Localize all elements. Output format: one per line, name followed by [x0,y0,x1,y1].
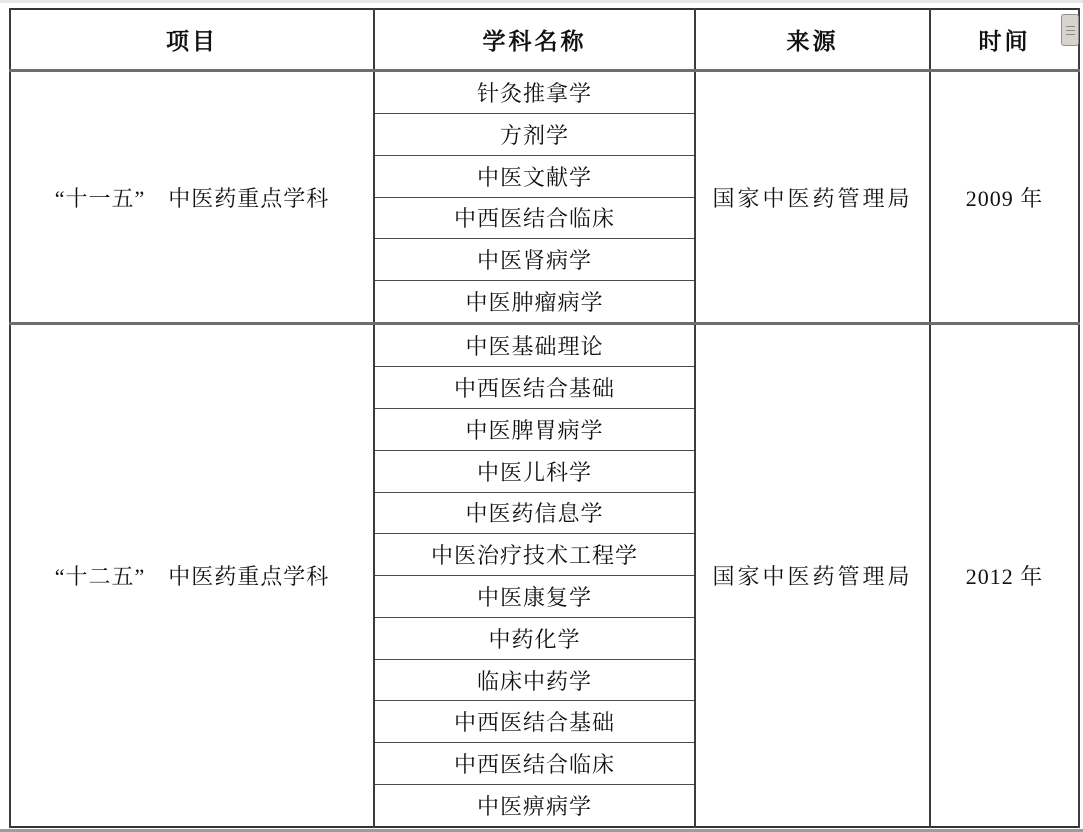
source-cell: 国家中医药管理局 [695,324,930,827]
subject-cell: 中西医结合基础 [374,701,695,743]
subject-cell: 中医药信息学 [374,492,695,534]
subject-cell: 中医基础理论 [374,324,695,367]
subject-cell: 中医肾病学 [374,239,695,281]
subject-cell: 针灸推拿学 [374,71,695,114]
document-page: 项目学科名称来源时间 “十一五” 中医药重点学科针灸推拿学国家中医药管理局200… [0,0,1083,832]
subject-cell: 中医文献学 [374,155,695,197]
source-cell: 国家中医药管理局 [695,71,930,324]
subjects-table: 项目学科名称来源时间 “十一五” 中医药重点学科针灸推拿学国家中医药管理局200… [9,8,1080,828]
subject-cell: 中医治疗技术工程学 [374,534,695,576]
drag-handle-icon[interactable] [1061,14,1079,46]
column-header-3: 来源 [695,9,930,71]
subject-cell: 中西医结合临床 [374,743,695,785]
subject-cell: 中西医结合临床 [374,197,695,239]
subject-cell: 中医儿科学 [374,450,695,492]
subject-cell: 中西医结合基础 [374,367,695,409]
subject-cell: 方剂学 [374,114,695,156]
time-cell: 2009 年 [930,71,1079,324]
subject-cell: 中医康复学 [374,576,695,618]
table-header-row: 项目学科名称来源时间 [10,9,1079,71]
subject-cell: 中医痹病学 [374,784,695,827]
subject-cell: 中药化学 [374,617,695,659]
time-cell: 2012 年 [930,324,1079,827]
page-top-edge [0,0,1083,3]
column-header-1: 项目 [10,9,374,71]
subject-cell: 临床中药学 [374,659,695,701]
project-cell: “十一五” 中医药重点学科 [10,71,374,324]
subject-cell: 中医肿瘤病学 [374,281,695,324]
column-header-4: 时间 [930,9,1079,71]
column-header-2: 学科名称 [374,9,695,71]
project-cell: “十二五” 中医药重点学科 [10,324,374,827]
table-row: “十一五” 中医药重点学科针灸推拿学国家中医药管理局2009 年 [10,71,1079,114]
table-row: “十二五” 中医药重点学科中医基础理论国家中医药管理局2012 年 [10,324,1079,367]
table-body: “十一五” 中医药重点学科针灸推拿学国家中医药管理局2009 年方剂学中医文献学… [10,71,1079,828]
subject-cell: 中医脾胃病学 [374,409,695,451]
